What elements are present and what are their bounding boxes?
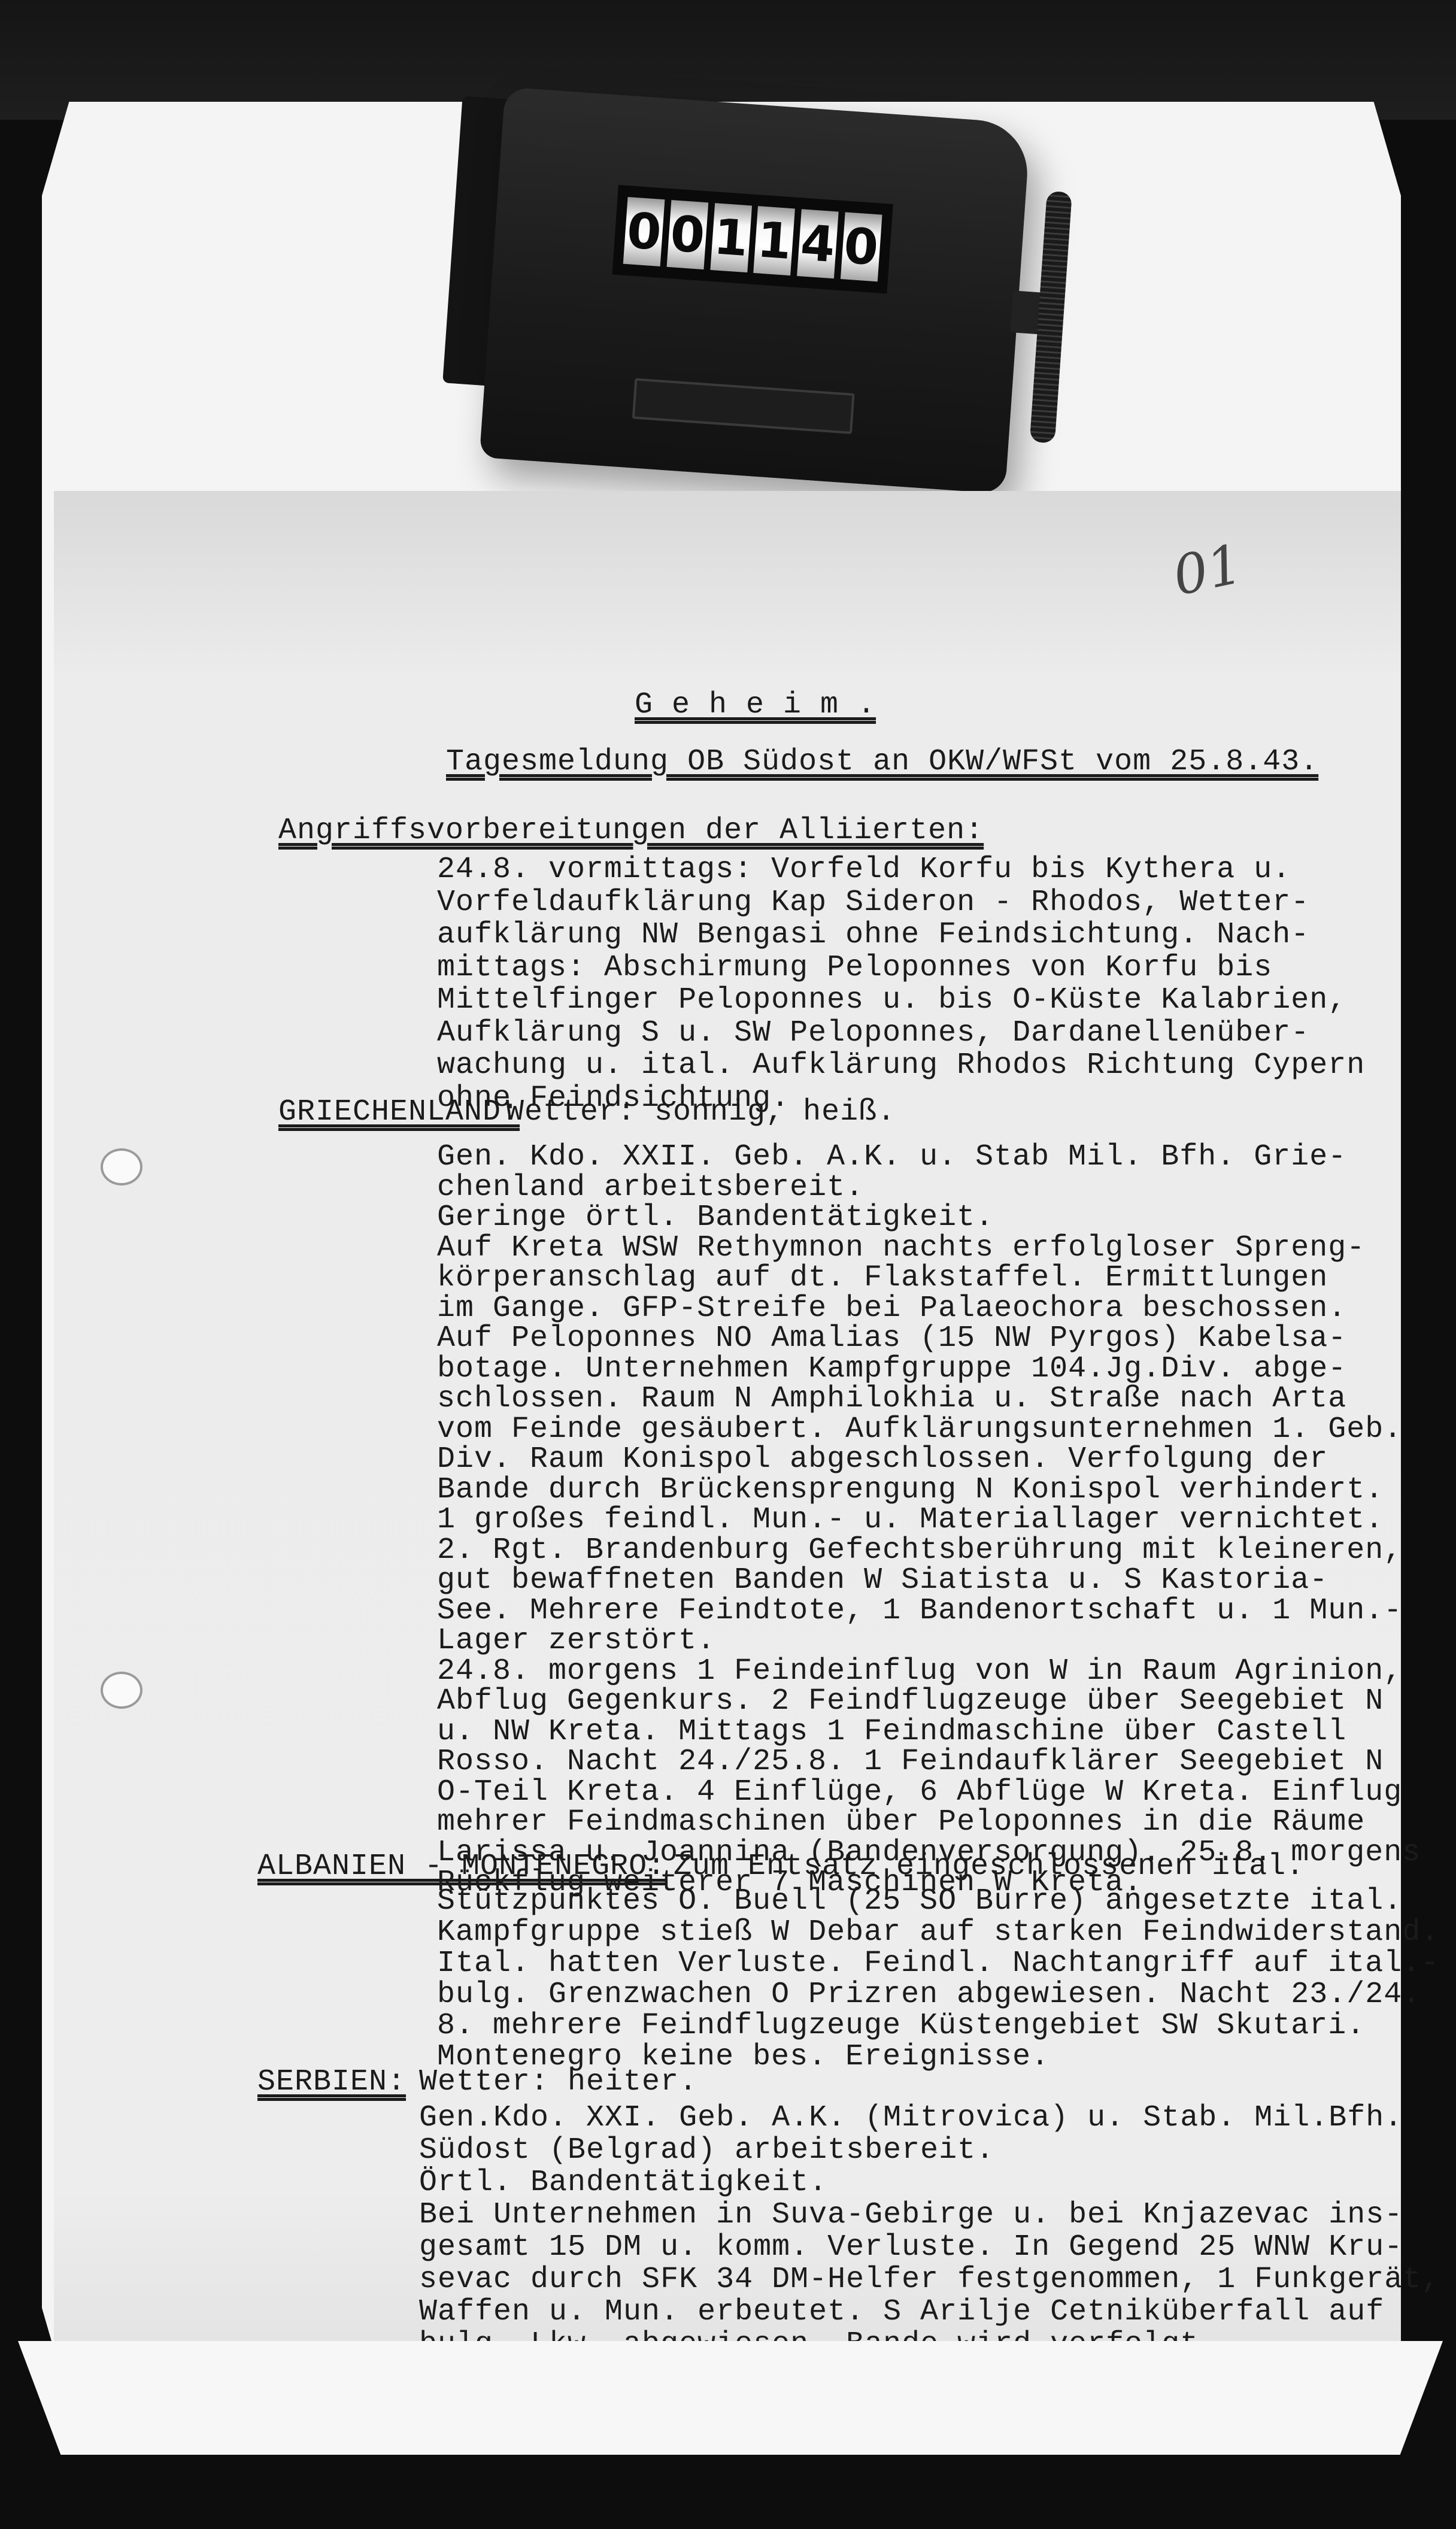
punch-hole-icon (101, 1672, 142, 1709)
report-line: O-Teil Kreta. 4 Einflüge, 6 Abflüge W Kr… (437, 1776, 1402, 1809)
report-line: 8. mehrere Feindflugzeuge Küstengebiet S… (437, 2009, 1365, 2042)
frame-counter-device: 0 0 1 1 4 0 (478, 87, 1115, 518)
report-line: See. Mehrere Feindtote, 1 Bandenortschaf… (437, 1594, 1402, 1627)
report-line: Ital. hatten Verluste. Feindl. Nachtangr… (437, 1947, 1439, 1980)
report-line: Gen.Kdo. XXI. Geb. A.K. (Mitrovica) u. S… (419, 2102, 1403, 2134)
report-line: u. NW Kreta. Mittags 1 Feindmaschine übe… (437, 1715, 1346, 1748)
report-line: botage. Unternehmen Kampfgruppe 104.Jg.D… (437, 1353, 1346, 1385)
report-line: 1 großes feindl. Mun.- u. Materiallager … (437, 1503, 1384, 1536)
report-line: Geringe örtl. Bandentätigkeit. (437, 1201, 994, 1234)
report-line: Auf Kreta WSW Rethymnon nachts erfolglos… (437, 1232, 1365, 1264)
report-line: Gen. Kdo. XXII. Geb. A.K. u. Stab Mil. B… (437, 1141, 1346, 1173)
report-line: Vorfeldaufklärung Kap Sideron - Rhodos, … (437, 886, 1309, 919)
counter-digit: 1 (754, 206, 796, 275)
report-line: Div. Raum Konispol abgeschlossen. Verfol… (437, 1443, 1328, 1476)
report-line: körperanschlag auf dt. Flakstaffel. Ermi… (437, 1262, 1328, 1294)
report-line: Bei Unternehmen in Suva-Gebirge u. bei K… (419, 2199, 1403, 2231)
report-line: aufklärung NW Bengasi ohne Feindsichtung… (437, 918, 1309, 951)
counter-digit: 4 (797, 209, 839, 278)
counter-digit: 0 (623, 197, 665, 266)
report-line: Örtl. Bandentätigkeit. (419, 2166, 827, 2199)
report-line: sevac durch SFK 34 DM-Helfer festgenomme… (419, 2263, 1440, 2296)
section-heading: Angriffsvorbereitungen der Alliierten: (278, 814, 984, 847)
report-line: Bande durch Brückensprengung N Konispol … (437, 1473, 1384, 1506)
report-line: Rosso. Nacht 24./25.8. 1 Feindaufklärer … (437, 1745, 1384, 1778)
report-line: wachung u. ital. Aufklärung Rhodos Richt… (437, 1049, 1365, 1082)
report-line: chenland arbeitsbereit. (437, 1171, 864, 1204)
section-heading: GRIECHENLAND: (278, 1096, 520, 1129)
document-title: Tagesmeldung OB Südost an OKW/WFSt vom 2… (446, 745, 1318, 778)
report-line: Stützpunktes O. Buell (25 SO Burre) ange… (437, 1885, 1402, 1918)
report-line: im Gange. GFP-Streife bei Palaeochora be… (437, 1292, 1346, 1325)
report-line: gut bewaffneten Banden W Siatista u. S K… (437, 1564, 1328, 1597)
counter-display: 0 0 1 1 4 0 (612, 185, 893, 294)
report-line: gesamt 15 DM u. komm. Verluste. In Gegen… (419, 2231, 1403, 2264)
classification-heading: G e h e i m . (635, 689, 876, 721)
report-line: Kampfgruppe stieß W Debar auf starken Fe… (437, 1916, 1439, 1949)
section-heading: SERBIEN: (257, 2066, 406, 2099)
report-line: mittags: Abschirmung Peloponnes von Korf… (437, 951, 1272, 984)
report-line: Abflug Gegenkurs. 2 Feindflugzeuge über … (437, 1685, 1384, 1718)
counter-digit: 1 (710, 203, 752, 272)
punch-hole-icon (101, 1148, 142, 1185)
counter-digit: 0 (667, 200, 709, 269)
counter-digit: 0 (841, 212, 882, 281)
counter-body: 0 0 1 1 4 0 (480, 87, 1031, 494)
section-inline-text: Zum Entsatz eingeschlossenen ital. (674, 1850, 1305, 1883)
report-line: Südost (Belgrad) arbeitsbereit. (419, 2134, 994, 2167)
report-line: schlossen. Raum N Amphilokhia u. Straße … (437, 1382, 1346, 1415)
report-line: Auf Peloponnes NO Amalias (15 NW Pyrgos)… (437, 1322, 1346, 1355)
report-line: 24.8. vormittags: Vorfeld Korfu bis Kyth… (437, 853, 1291, 886)
section-heading: ALBANIEN - MONTENEGRO: (257, 1850, 666, 1883)
report-line: bulg. Grenzwachen O Prizren abgewiesen. … (437, 1978, 1421, 2011)
report-line: 24.8. morgens 1 Feindeinflug von W in Ra… (437, 1655, 1402, 1688)
counter-nameplate (632, 378, 855, 435)
section-inline-text: Wetter: heiter. (419, 2066, 697, 2099)
report-line: mehrer Feindmaschinen über Peloponnes in… (437, 1806, 1365, 1839)
report-line: Lager zerstört. (437, 1624, 715, 1657)
report-line: vom Feinde gesäubert. Aufklärungsunterne… (437, 1413, 1402, 1446)
report-line: Aufklärung S u. SW Peloponnes, Dardanell… (437, 1017, 1309, 1050)
report-line: Mittelfinger Peloponnes u. bis O-Küste K… (437, 984, 1346, 1017)
backing-sheet-bottom (18, 2341, 1443, 2455)
section-inline-text: Wetter: sonnig, heiß. (506, 1096, 896, 1129)
report-line: Waffen u. Mun. erbeutet. S Arilje Cetnik… (419, 2295, 1384, 2328)
report-line: 2. Rgt. Brandenburg Gefechtsberührung mi… (437, 1534, 1402, 1567)
